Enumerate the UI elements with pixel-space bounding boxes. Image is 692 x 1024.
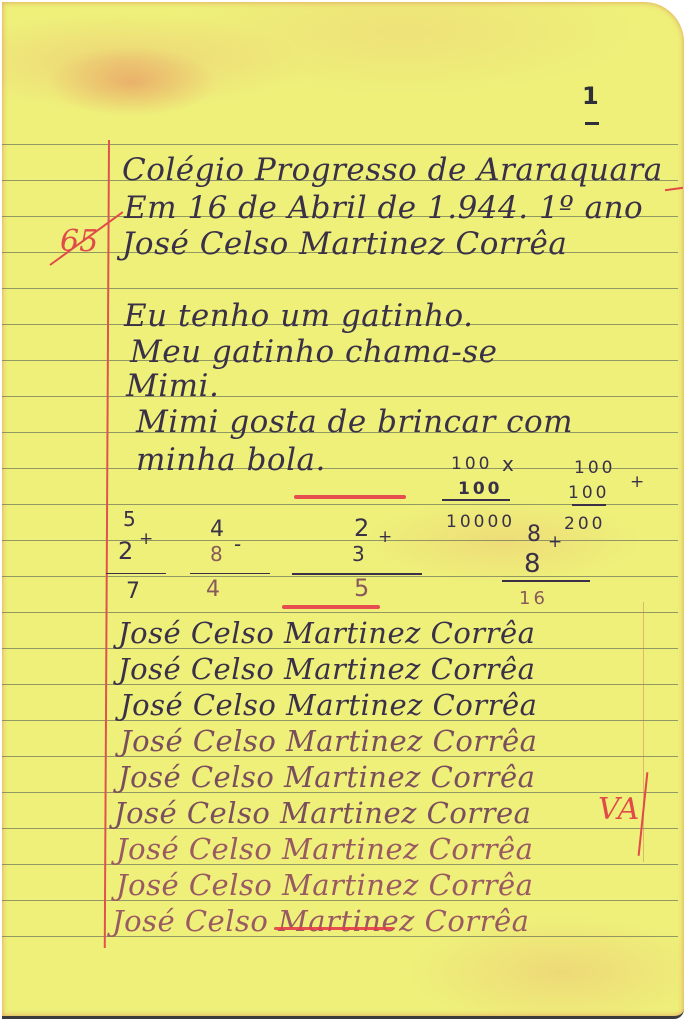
math-operand: 2	[354, 514, 372, 542]
name-practice-line: José Celso Martinez Corrêa	[120, 724, 537, 758]
math-result: 4	[206, 577, 223, 602]
math-rule	[292, 573, 422, 575]
math-operand: 2	[118, 537, 136, 565]
name-practice-line: José Celso Martinez Corrêa	[120, 688, 537, 722]
math-operator: +	[139, 529, 156, 549]
math-operator: +	[630, 472, 647, 492]
math-rule	[442, 499, 510, 501]
math-result: 7	[126, 579, 143, 604]
ruled-line	[2, 288, 678, 289]
math-operator: -	[234, 532, 244, 556]
math-operand: 100	[574, 458, 615, 478]
math-operand: 4	[210, 517, 227, 542]
composition-line: Mimi gosta de brincar com	[136, 404, 573, 440]
student-name: José Celso Martinez Corrêa	[122, 226, 567, 262]
name-practice-line: José Celso Martinez Corrêa	[118, 616, 535, 650]
teacher-initials: VA	[598, 792, 639, 827]
math-result: 5	[354, 574, 372, 602]
composition-line: minha bola.	[136, 442, 326, 478]
math-rule	[572, 504, 606, 506]
math-operand: 8	[527, 522, 544, 547]
name-practice-line: José Celso Martinez Corrêa	[118, 760, 535, 794]
ruled-line	[2, 612, 678, 613]
page-number: 1	[582, 82, 599, 110]
math-operator: +	[548, 532, 565, 552]
math-operator: x	[502, 452, 517, 476]
page-number-underline	[585, 122, 599, 125]
date-line: Em 16 de Abril de 1.944. 1º ano	[124, 190, 643, 226]
red-underline	[274, 927, 394, 930]
ruled-line	[2, 396, 678, 397]
ruled-line	[2, 540, 678, 541]
math-rule	[106, 573, 166, 574]
math-result: 16	[519, 588, 548, 609]
ruled-line	[2, 144, 678, 145]
red-underline	[282, 605, 380, 609]
composition-line: Eu tenho um gatinho.	[124, 298, 474, 334]
red-margin-line	[104, 140, 110, 948]
math-operand: 100	[568, 483, 609, 503]
composition-line: Meu gatinho chama-se	[130, 334, 497, 370]
name-practice-line: José Celso Martinez Correa	[114, 796, 531, 830]
name-practice-line: José Celso Martinez Corrêa	[116, 832, 533, 866]
name-practice-line: José Celso Martinez Corrêa	[112, 904, 529, 938]
name-practice-line: José Celso Martinez Corrêa	[118, 652, 535, 686]
math-operand: 8	[524, 549, 544, 579]
ruled-line	[2, 576, 678, 577]
math-operand: 100	[451, 454, 492, 474]
math-operator: +	[378, 527, 395, 547]
math-result: 10000	[446, 512, 515, 532]
composition-line: Mimi.	[126, 368, 219, 404]
math-operand: 100	[458, 479, 503, 499]
math-operand: 3	[352, 542, 368, 566]
math-result: 200	[564, 514, 605, 534]
math-operand: 8	[210, 542, 226, 566]
name-practice-line: José Celso Martinez Corrêa	[116, 868, 533, 902]
math-rule	[502, 580, 590, 582]
red-tick-mark	[665, 187, 683, 191]
faint-right-margin-line	[643, 602, 644, 862]
red-underline	[294, 495, 406, 499]
notebook-page: 1 65 Colégio Progresso de Araraquara Em …	[2, 2, 684, 1019]
math-rule	[190, 573, 270, 574]
school-name: Colégio Progresso de Araraquara	[122, 152, 663, 188]
math-operand: 5	[123, 507, 139, 531]
